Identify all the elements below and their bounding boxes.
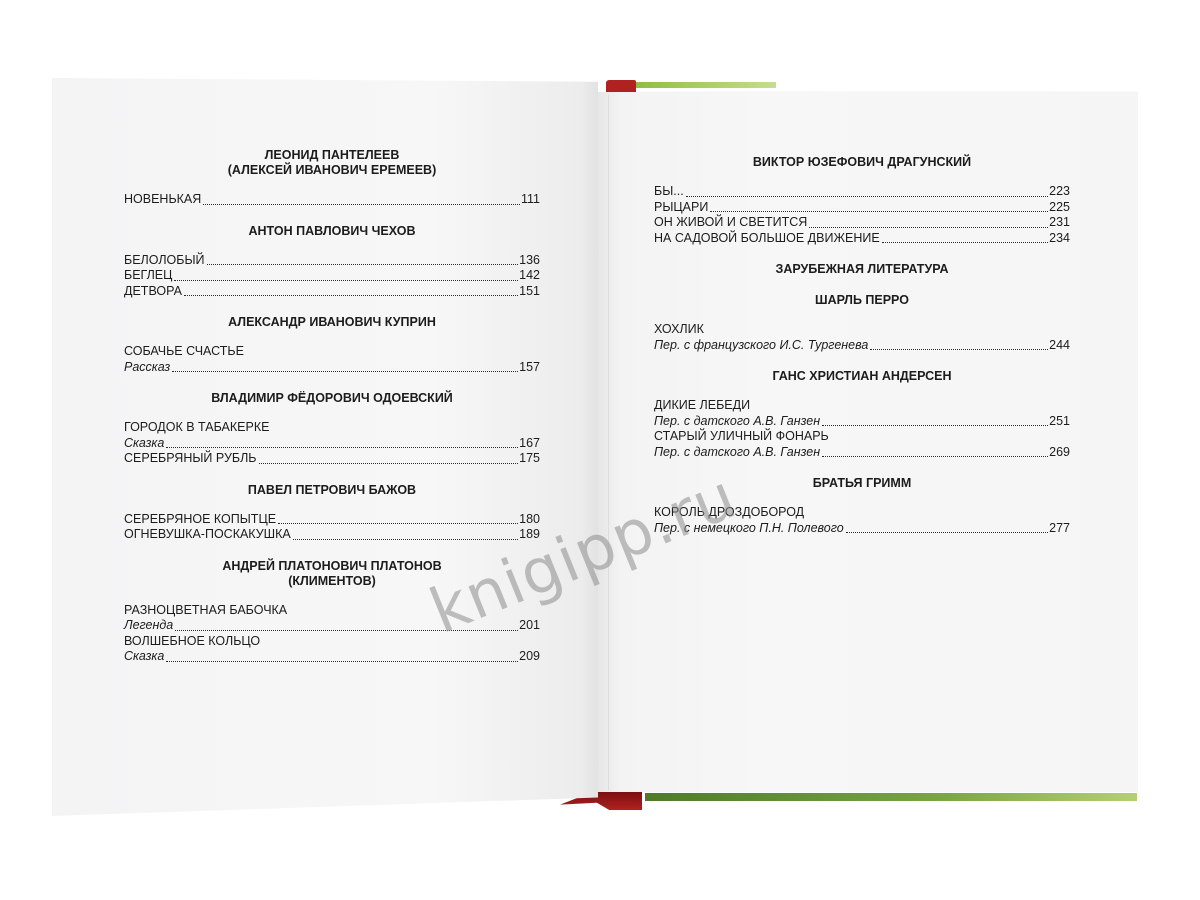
- book-cover-edge-top-green: [636, 82, 776, 88]
- toc-entry: БЕГЛЕЦ142: [124, 268, 540, 284]
- book-cover-edge-bottom-green: [645, 793, 1137, 801]
- entry-subtitle: Пер. с датского А.В. Ганзен: [654, 445, 822, 461]
- entry-title: БЕГЛЕЦ: [124, 268, 174, 284]
- dot-leader: [882, 242, 1048, 243]
- entry-row: БЕЛОЛОБЫЙ136: [124, 253, 540, 269]
- author-heading: ШАРЛЬ ПЕРРО: [654, 293, 1070, 308]
- toc-entry: ОГНЕВУШКА-ПОСКАКУШКА189: [124, 527, 540, 543]
- entry-row: БЕГЛЕЦ142: [124, 268, 540, 284]
- entry-row: РЫЦАРИ225: [654, 200, 1070, 216]
- dot-leader: [710, 211, 1048, 212]
- entry-title: ОН ЖИВОЙ И СВЕТИТСЯ: [654, 215, 809, 231]
- entry-title: БЕЛОЛОБЫЙ: [124, 253, 207, 269]
- entry-subtitle-row: Сказка167: [124, 436, 540, 452]
- entry-row: НОВЕНЬКАЯ111: [124, 192, 540, 208]
- page-number: 151: [518, 284, 540, 300]
- author-name-line: АЛЕКСАНДР ИВАНОВИЧ КУПРИН: [124, 315, 540, 330]
- toc-section: ПАВЕЛ ПЕТРОВИЧ БАЖОВСЕРЕБРЯНОЕ КОПЫТЦЕ18…: [124, 483, 540, 543]
- entry-row: СЕРЕБРЯНОЕ КОПЫТЦЕ180: [124, 512, 540, 528]
- entry-title: ХОХЛИК: [654, 322, 1070, 338]
- entry-subtitle: Сказка: [124, 436, 166, 452]
- entry-subtitle-row: Пер. с французского И.С. Тургенева244: [654, 338, 1070, 354]
- author-heading: ПАВЕЛ ПЕТРОВИЧ БАЖОВ: [124, 483, 540, 498]
- entry-title: СТАРЫЙ УЛИЧНЫЙ ФОНАРЬ: [654, 429, 1070, 445]
- author-name-line: ЛЕОНИД ПАНТЕЛЕЕВ: [124, 148, 540, 163]
- entry-subtitle: Легенда: [124, 618, 175, 634]
- page-number: 234: [1048, 231, 1070, 247]
- entry-subtitle-row: Пер. с датского А.В. Ганзен269: [654, 445, 1070, 461]
- page-number: 225: [1048, 200, 1070, 216]
- toc-entry: РЫЦАРИ225: [654, 200, 1070, 216]
- dot-leader: [166, 661, 518, 662]
- book-gutter: [608, 95, 609, 790]
- entry-row: НА САДОВОЙ БОЛЬШОЕ ДВИЖЕНИЕ234: [654, 231, 1070, 247]
- author-heading: ГАНС ХРИСТИАН АНДЕРСЕН: [654, 369, 1070, 384]
- author-name-line: ВИКТОР ЮЗЕФОВИЧ ДРАГУНСКИЙ: [654, 155, 1070, 170]
- toc-entry: СЕРЕБРЯНОЕ КОПЫТЦЕ180: [124, 512, 540, 528]
- toc-entry: СОБАЧЬЕ СЧАСТЬЕРассказ157: [124, 344, 540, 375]
- author-heading: ВИКТОР ЮЗЕФОВИЧ ДРАГУНСКИЙ: [654, 155, 1070, 170]
- dot-leader: [809, 227, 1048, 228]
- entry-title: ДИКИЕ ЛЕБЕДИ: [654, 398, 1070, 414]
- page-number: 251: [1048, 414, 1070, 430]
- dot-leader: [846, 532, 1048, 533]
- entry-row: ОГНЕВУШКА-ПОСКАКУШКА189: [124, 527, 540, 543]
- toc-section: АЛЕКСАНДР ИВАНОВИЧ КУПРИНСОБАЧЬЕ СЧАСТЬЕ…: [124, 315, 540, 375]
- entry-subtitle-row: Сказка209: [124, 649, 540, 665]
- toc-entry: БЕЛОЛОБЫЙ136: [124, 253, 540, 269]
- page-number: 111: [520, 192, 540, 208]
- page-number: 175: [518, 451, 540, 467]
- dot-leader: [686, 196, 1048, 197]
- entry-title: СЕРЕБРЯНОЕ КОПЫТЦЕ: [124, 512, 278, 528]
- author-name-line: АНТОН ПАВЛОВИЧ ЧЕХОВ: [124, 224, 540, 239]
- page-number: 223: [1048, 184, 1070, 200]
- dot-leader: [293, 539, 518, 540]
- entry-subtitle-row: Рассказ157: [124, 360, 540, 376]
- toc-entry: НОВЕНЬКАЯ111: [124, 192, 540, 208]
- dot-leader: [184, 295, 518, 296]
- toc-section: ВИКТОР ЮЗЕФОВИЧ ДРАГУНСКИЙБЫ...223РЫЦАРИ…: [654, 155, 1070, 246]
- entry-row: СЕРЕБРЯНЫЙ РУБЛЬ175: [124, 451, 540, 467]
- dot-leader: [166, 447, 518, 448]
- entry-title: ВОЛШЕБНОЕ КОЛЬЦО: [124, 634, 540, 650]
- page-number: 136: [518, 253, 540, 269]
- toc-section: АНТОН ПАВЛОВИЧ ЧЕХОВБЕЛОЛОБЫЙ136БЕГЛЕЦ14…: [124, 224, 540, 300]
- page-number: 142: [518, 268, 540, 284]
- toc-section: ВЛАДИМИР ФЁДОРОВИЧ ОДОЕВСКИЙГОРОДОК В ТА…: [124, 391, 540, 467]
- entry-subtitle-row: Пер. с датского А.В. Ганзен251: [654, 414, 1070, 430]
- toc-entry: ГОРОДОК В ТАБАКЕРКЕСказка167: [124, 420, 540, 451]
- toc-entry: СЕРЕБРЯНЫЙ РУБЛЬ175: [124, 451, 540, 467]
- toc-entry: ДИКИЕ ЛЕБЕДИПер. с датского А.В. Ганзен2…: [654, 398, 1070, 429]
- entry-title: НОВЕНЬКАЯ: [124, 192, 203, 208]
- entry-subtitle: Пер. с французского И.С. Тургенева: [654, 338, 870, 354]
- toc-section: ЗАРУБЕЖНАЯ ЛИТЕРАТУРАШАРЛЬ ПЕРРОХОХЛИКПе…: [654, 262, 1070, 353]
- dot-leader: [174, 280, 518, 281]
- author-heading: ВЛАДИМИР ФЁДОРОВИЧ ОДОЕВСКИЙ: [124, 391, 540, 406]
- dot-leader: [822, 425, 1048, 426]
- entry-title: РЫЦАРИ: [654, 200, 710, 216]
- toc-entry: ХОХЛИКПер. с французского И.С. Тургенева…: [654, 322, 1070, 353]
- entry-title: СЕРЕБРЯНЫЙ РУБЛЬ: [124, 451, 259, 467]
- entry-row: ДЕТВОРА151: [124, 284, 540, 300]
- author-name-line: ВЛАДИМИР ФЁДОРОВИЧ ОДОЕВСКИЙ: [124, 391, 540, 406]
- page-number: 180: [518, 512, 540, 528]
- page-number: 157: [518, 360, 540, 376]
- author-heading: АНТОН ПАВЛОВИЧ ЧЕХОВ: [124, 224, 540, 239]
- author-name-line: ГАНС ХРИСТИАН АНДЕРСЕН: [654, 369, 1070, 384]
- author-heading: АЛЕКСАНДР ИВАНОВИЧ КУПРИН: [124, 315, 540, 330]
- entry-subtitle: Сказка: [124, 649, 166, 665]
- dot-leader: [259, 463, 519, 464]
- author-name-line: (АЛЕКСЕЙ ИВАНОВИЧ ЕРЕМЕЕВ): [124, 163, 540, 178]
- entry-title: НА САДОВОЙ БОЛЬШОЕ ДВИЖЕНИЕ: [654, 231, 882, 247]
- entry-subtitle: Рассказ: [124, 360, 172, 376]
- page-number: 231: [1048, 215, 1070, 231]
- author-heading: ЛЕОНИД ПАНТЕЛЕЕВ(АЛЕКСЕЙ ИВАНОВИЧ ЕРЕМЕЕ…: [124, 148, 540, 178]
- toc-entry: ДЕТВОРА151: [124, 284, 540, 300]
- page-number: 244: [1048, 338, 1070, 354]
- entry-title: ГОРОДОК В ТАБАКЕРКЕ: [124, 420, 540, 436]
- toc-section: ГАНС ХРИСТИАН АНДЕРСЕНДИКИЕ ЛЕБЕДИПер. с…: [654, 369, 1070, 460]
- author-name-line: ПАВЕЛ ПЕТРОВИЧ БАЖОВ: [124, 483, 540, 498]
- dot-leader: [203, 204, 520, 205]
- entry-title: БЫ...: [654, 184, 686, 200]
- entry-row: ОН ЖИВОЙ И СВЕТИТСЯ231: [654, 215, 1070, 231]
- page-number: 277: [1048, 521, 1070, 537]
- toc-entry: ОН ЖИВОЙ И СВЕТИТСЯ231: [654, 215, 1070, 231]
- dot-leader: [822, 456, 1048, 457]
- entry-title: ДЕТВОРА: [124, 284, 184, 300]
- dot-leader: [278, 523, 518, 524]
- toc-entry: СТАРЫЙ УЛИЧНЫЙ ФОНАРЬПер. с датского А.В…: [654, 429, 1070, 460]
- section-heading: ЗАРУБЕЖНАЯ ЛИТЕРАТУРА: [654, 262, 1070, 277]
- toc-entry: НА САДОВОЙ БОЛЬШОЕ ДВИЖЕНИЕ234: [654, 231, 1070, 247]
- entry-row: БЫ...223: [654, 184, 1070, 200]
- dot-leader: [172, 371, 518, 372]
- dot-leader: [207, 264, 519, 265]
- entry-title: СОБАЧЬЕ СЧАСТЬЕ: [124, 344, 540, 360]
- toc-entry: ВОЛШЕБНОЕ КОЛЬЦОСказка209: [124, 634, 540, 665]
- dot-leader: [870, 349, 1048, 350]
- toc-entry: БЫ...223: [654, 184, 1070, 200]
- toc-section: ЛЕОНИД ПАНТЕЛЕЕВ(АЛЕКСЕЙ ИВАНОВИЧ ЕРЕМЕЕ…: [124, 148, 540, 208]
- page-number: 167: [518, 436, 540, 452]
- entry-title: ОГНЕВУШКА-ПОСКАКУШКА: [124, 527, 293, 543]
- page-number: 201: [518, 618, 540, 634]
- page-number: 209: [518, 649, 540, 665]
- page-number: 269: [1048, 445, 1070, 461]
- entry-subtitle: Пер. с датского А.В. Ганзен: [654, 414, 822, 430]
- author-name-line: ШАРЛЬ ПЕРРО: [654, 293, 1070, 308]
